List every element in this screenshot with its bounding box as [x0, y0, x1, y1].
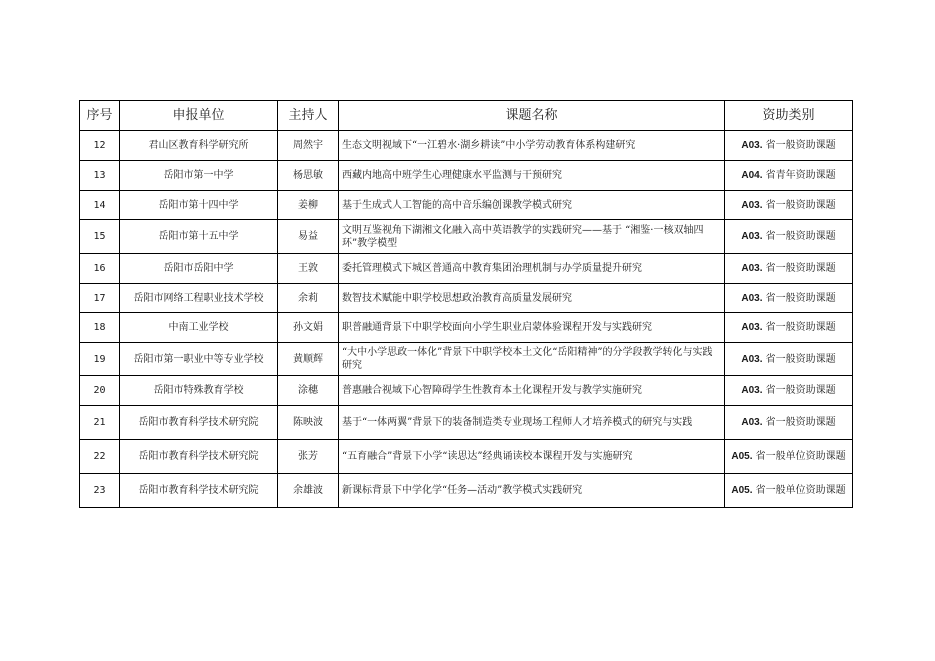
project-title: 生态文明视域下“一江碧水·湖乡耕读”中小学劳动教育体系构建研究: [339, 131, 725, 161]
header-no: 序号: [80, 101, 120, 131]
category-label: 省一般资助课题: [766, 385, 836, 396]
row-number: 16: [80, 254, 120, 284]
applicant-unit: 岳阳市第一职业中等专业学校: [120, 343, 278, 376]
applicant-unit: 岳阳市岳阳中学: [120, 254, 278, 284]
category-code: A05.: [731, 485, 752, 496]
project-title: 数智技术赋能中职学校思想政治教育高质量发展研究: [339, 284, 725, 313]
category-code: A03.: [741, 293, 762, 304]
project-title: 基于生成式人工智能的高中音乐编创课教学模式研究: [339, 191, 725, 220]
project-title: “五育融合”背景下小学“读思达”经典诵读校本课程开发与实施研究: [339, 440, 725, 474]
project-host: 孙文娟: [278, 313, 339, 343]
applicant-unit: 岳阳市第一中学: [120, 161, 278, 191]
row-number: 13: [80, 161, 120, 191]
project-title: 文明互鉴视角下湖湘文化融入高中英语教学的实践研究——基于 “湘鉴·一核双轴四环”…: [339, 220, 725, 254]
table-row: 23岳阳市教育科学技术研究院余雄波新课标背景下中学化学“任务—活动”教学模式实践…: [80, 474, 853, 508]
applicant-unit: 岳阳市特殊教育学校: [120, 376, 278, 406]
funding-category: A05. 省一般单位资助课题: [725, 474, 853, 508]
table-row: 15岳阳市第十五中学易益文明互鉴视角下湖湘文化融入高中英语教学的实践研究——基于…: [80, 220, 853, 254]
row-number: 21: [80, 406, 120, 440]
table-row: 21岳阳市教育科学技术研究院陈映波基于“一体两翼”背景下的装备制造类专业现场工程…: [80, 406, 853, 440]
category-code: A03.: [741, 322, 762, 333]
applicant-unit: 岳阳市教育科学技术研究院: [120, 440, 278, 474]
applicant-unit: 岳阳市教育科学技术研究院: [120, 474, 278, 508]
funding-category: A05. 省一般单位资助课题: [725, 440, 853, 474]
row-number: 17: [80, 284, 120, 313]
funding-category: A04. 省青年资助课题: [725, 161, 853, 191]
applicant-unit: 岳阳市第十四中学: [120, 191, 278, 220]
header-title: 课题名称: [339, 101, 725, 131]
funding-project-table: 序号 申报单位 主持人 课题名称 资助类别 12君山区教育科学研究所周然宇生态文…: [79, 100, 853, 508]
row-number: 12: [80, 131, 120, 161]
project-title: “大中小学思政一体化”背景下中职学校本土文化“岳阳精神”的分学段教学转化与实践研…: [339, 343, 725, 376]
project-host: 余雄波: [278, 474, 339, 508]
project-host: 周然宇: [278, 131, 339, 161]
category-label: 省一般资助课题: [766, 200, 836, 211]
project-host: 黄顺辉: [278, 343, 339, 376]
category-label: 省一般资助课题: [766, 263, 836, 274]
table-row: 12君山区教育科学研究所周然宇生态文明视域下“一江碧水·湖乡耕读”中小学劳动教育…: [80, 131, 853, 161]
project-title: 职普融通背景下中职学校面向小学生职业启蒙体验课程开发与实践研究: [339, 313, 725, 343]
category-code: A05.: [731, 451, 752, 462]
category-label: 省一般资助课题: [766, 231, 836, 242]
category-code: A03.: [741, 354, 762, 365]
funding-category: A03. 省一般资助课题: [725, 406, 853, 440]
row-number: 20: [80, 376, 120, 406]
category-label: 省一般资助课题: [766, 417, 836, 428]
category-code: A03.: [741, 417, 762, 428]
table-row: 17岳阳市网络工程职业技术学校余莉数智技术赋能中职学校思想政治教育高质量发展研究…: [80, 284, 853, 313]
row-number: 19: [80, 343, 120, 376]
applicant-unit: 岳阳市教育科学技术研究院: [120, 406, 278, 440]
project-title: 基于“一体两翼”背景下的装备制造类专业现场工程师人才培养模式的研究与实践: [339, 406, 725, 440]
category-label: 省青年资助课题: [766, 170, 836, 181]
category-code: A03.: [741, 263, 762, 274]
category-code: A03.: [741, 385, 762, 396]
funding-category: A03. 省一般资助课题: [725, 131, 853, 161]
project-host: 杨思敏: [278, 161, 339, 191]
row-number: 15: [80, 220, 120, 254]
funding-category: A03. 省一般资助课题: [725, 376, 853, 406]
category-label: 省一般资助课题: [766, 354, 836, 365]
project-host: 王敦: [278, 254, 339, 284]
project-host: 易益: [278, 220, 339, 254]
project-title: 委托管理模式下城区普通高中教育集团治理机制与办学质量提升研究: [339, 254, 725, 284]
category-code: A03.: [741, 140, 762, 151]
applicant-unit: 中南工业学校: [120, 313, 278, 343]
project-title: 西藏内地高中班学生心理健康水平监测与干预研究: [339, 161, 725, 191]
project-host: 涂穗: [278, 376, 339, 406]
table-row: 22岳阳市教育科学技术研究院张芳“五育融合”背景下小学“读思达”经典诵读校本课程…: [80, 440, 853, 474]
table-row: 16岳阳市岳阳中学王敦委托管理模式下城区普通高中教育集团治理机制与办学质量提升研…: [80, 254, 853, 284]
table-header-row: 序号 申报单位 主持人 课题名称 资助类别: [80, 101, 853, 131]
funding-category: A03. 省一般资助课题: [725, 284, 853, 313]
row-number: 14: [80, 191, 120, 220]
applicant-unit: 岳阳市第十五中学: [120, 220, 278, 254]
project-title: 新课标背景下中学化学“任务—活动”教学模式实践研究: [339, 474, 725, 508]
funding-category: A03. 省一般资助课题: [725, 343, 853, 376]
funding-category: A03. 省一般资助课题: [725, 254, 853, 284]
category-label: 省一般资助课题: [766, 293, 836, 304]
category-label: 省一般单位资助课题: [756, 485, 846, 496]
applicant-unit: 岳阳市网络工程职业技术学校: [120, 284, 278, 313]
header-category: 资助类别: [725, 101, 853, 131]
funding-category: A03. 省一般资助课题: [725, 313, 853, 343]
table-row: 19岳阳市第一职业中等专业学校黄顺辉“大中小学思政一体化”背景下中职学校本土文化…: [80, 343, 853, 376]
header-host: 主持人: [278, 101, 339, 131]
category-label: 省一般单位资助课题: [756, 451, 846, 462]
category-code: A04.: [741, 170, 762, 181]
table-row: 13岳阳市第一中学杨思敏西藏内地高中班学生心理健康水平监测与干预研究A04. 省…: [80, 161, 853, 191]
row-number: 23: [80, 474, 120, 508]
category-code: A03.: [741, 200, 762, 211]
row-number: 18: [80, 313, 120, 343]
table-row: 14岳阳市第十四中学姜柳基于生成式人工智能的高中音乐编创课教学模式研究A03. …: [80, 191, 853, 220]
table-row: 18中南工业学校孙文娟职普融通背景下中职学校面向小学生职业启蒙体验课程开发与实践…: [80, 313, 853, 343]
header-unit: 申报单位: [120, 101, 278, 131]
project-host: 张芳: [278, 440, 339, 474]
category-label: 省一般资助课题: [766, 140, 836, 151]
category-code: A03.: [741, 231, 762, 242]
table-row: 20岳阳市特殊教育学校涂穗普惠融合视域下心智障碍学生性教育本土化课程开发与教学实…: [80, 376, 853, 406]
funding-category: A03. 省一般资助课题: [725, 220, 853, 254]
project-host: 陈映波: [278, 406, 339, 440]
project-host: 余莉: [278, 284, 339, 313]
row-number: 22: [80, 440, 120, 474]
project-title: 普惠融合视域下心智障碍学生性教育本土化课程开发与教学实施研究: [339, 376, 725, 406]
applicant-unit: 君山区教育科学研究所: [120, 131, 278, 161]
funding-category: A03. 省一般资助课题: [725, 191, 853, 220]
project-host: 姜柳: [278, 191, 339, 220]
category-label: 省一般资助课题: [766, 322, 836, 333]
